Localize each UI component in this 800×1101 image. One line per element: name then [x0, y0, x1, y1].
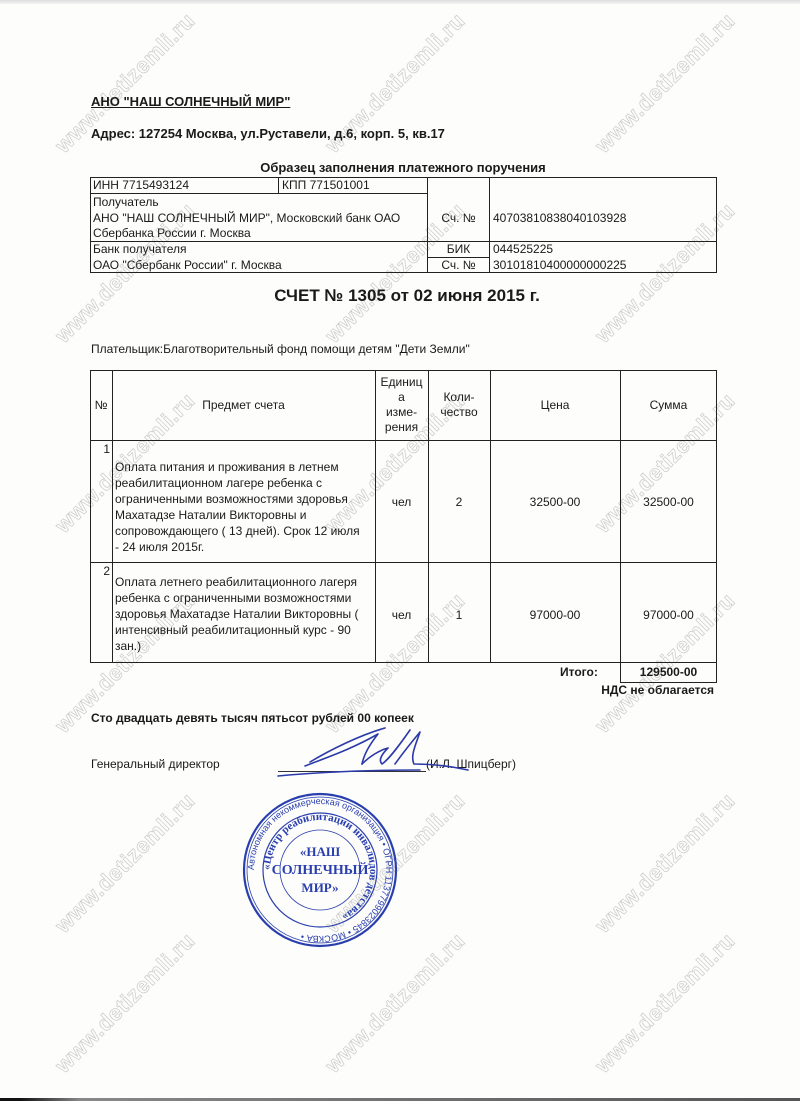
row-subject-line: Махатадзе Наталии Викторовны и — [115, 507, 360, 523]
row-subject-line: ограниченными возможностями здоровья — [115, 491, 360, 507]
col-header-price: Цена — [490, 370, 620, 440]
recipient-line-2: Сбербанка России г. Москва — [93, 225, 251, 241]
kpp-value: КПП 771501001 — [282, 177, 370, 193]
col-header-unit-line: а — [398, 390, 405, 405]
corr-account-number: 30101810400000000225 — [493, 257, 626, 273]
row-num: 1 — [90, 441, 110, 457]
payment-details-table: ИНН 7715493124 КПП 771501001 Получатель … — [90, 177, 717, 273]
payer-line: Плательщик:Благотворительный фонд помощи… — [91, 342, 470, 356]
col-header-unit-line: рения — [385, 420, 418, 435]
account-number: 40703810838040103928 — [493, 210, 626, 226]
bik-label: БИК — [427, 241, 490, 257]
row-qty: 2 — [428, 494, 490, 510]
row-subject-line: - 24 июля 2015г. — [115, 539, 360, 555]
svg-text:СОЛНЕЧНЫЙ: СОЛНЕЧНЫЙ — [272, 861, 369, 878]
row-unit: чел — [375, 494, 428, 510]
recipient-label: Получатель — [93, 194, 159, 210]
row-subject: Оплата питания и проживания в летнем реа… — [115, 459, 360, 555]
col-header-qty-line: Коли- — [443, 390, 474, 405]
bik-value: 044525225 — [493, 241, 553, 257]
col-header-unit-line: Единиц — [381, 375, 423, 390]
col-header-sum: Сумма — [620, 370, 717, 440]
bank-name: ОАО "Сбербанк России" г. Москва — [93, 257, 282, 273]
organization-address: Адрес: 127254 Москва, ул.Руставели, д.6,… — [91, 126, 445, 141]
col-header-unit: Единиц а изме- рения — [375, 370, 428, 440]
row-subject: Оплата летнего реабилитационного лагеря … — [115, 574, 359, 654]
col-header-subject: Предмет счета — [112, 370, 375, 440]
row-unit: чел — [375, 607, 428, 623]
col-header-qty: Коли- чество — [428, 370, 490, 440]
director-label: Генеральный директор — [91, 757, 220, 771]
organization-name: АНО "НАШ СОЛНЕЧНЫЙ МИР" — [91, 94, 290, 109]
row-subject-line: сопровождающего ( 13 дней). Срок 12 июля — [115, 523, 360, 539]
row-subject-line: Оплата летнего реабилитационного лагеря — [115, 574, 359, 590]
inn-value: ИНН 7715493124 — [93, 177, 189, 193]
invoice-document: АНО "НАШ СОЛНЕЧНЫЙ МИР" Адрес: 127254 Мо… — [0, 0, 800, 1101]
recipient-line-1: АНО "НАШ СОЛНЕЧНЫЙ МИР", Московский банк… — [93, 210, 400, 226]
row-subject-line: зан.) — [115, 638, 359, 654]
invoice-title: СЧЕТ № 1305 от 02 июня 2015 г. — [0, 286, 800, 306]
row-subject-line: здоровья Махатадзе Наталии Викторовны ( — [115, 606, 359, 622]
signature-icon — [270, 720, 470, 780]
row-subject-line: Оплата питания и проживания в летнем — [115, 459, 360, 475]
stamp-icon: Автономная некоммерческая организация • … — [220, 790, 420, 950]
row-price: 32500-00 — [490, 494, 620, 510]
total-label: Итого: — [560, 665, 598, 679]
vat-note: НДС не облагается — [601, 683, 714, 697]
row-num: 2 — [90, 563, 110, 579]
bank-label: Банк получателя — [93, 241, 186, 257]
row-sum: 32500-00 — [620, 494, 717, 510]
row-price: 97000-00 — [490, 607, 620, 623]
col-header-qty-line: чество — [440, 405, 477, 420]
col-header-num: № — [90, 370, 112, 440]
total-value: 129500-00 — [620, 665, 717, 679]
account-label: Сч. № — [427, 210, 490, 226]
row-sum: 97000-00 — [620, 607, 717, 623]
row-subject-line: ребенка с ограниченными возможностями — [115, 590, 359, 606]
svg-text:«НАШ: «НАШ — [300, 844, 341, 859]
col-header-unit-line: изме- — [386, 405, 417, 420]
row-subject-line: интенсивный реабилитационный курс - 90 — [115, 622, 359, 638]
svg-text:МИР»: МИР» — [301, 880, 338, 895]
payment-sample-title: Образец заполнения платежного поручения — [0, 160, 800, 175]
row-qty: 1 — [428, 607, 490, 623]
row-subject-line: реабилитационном лагере ребенка с — [115, 475, 360, 491]
invoice-items-table: № Предмет счета Единиц а изме- рения Кол… — [90, 370, 717, 682]
corr-account-label: Сч. № — [427, 257, 490, 273]
